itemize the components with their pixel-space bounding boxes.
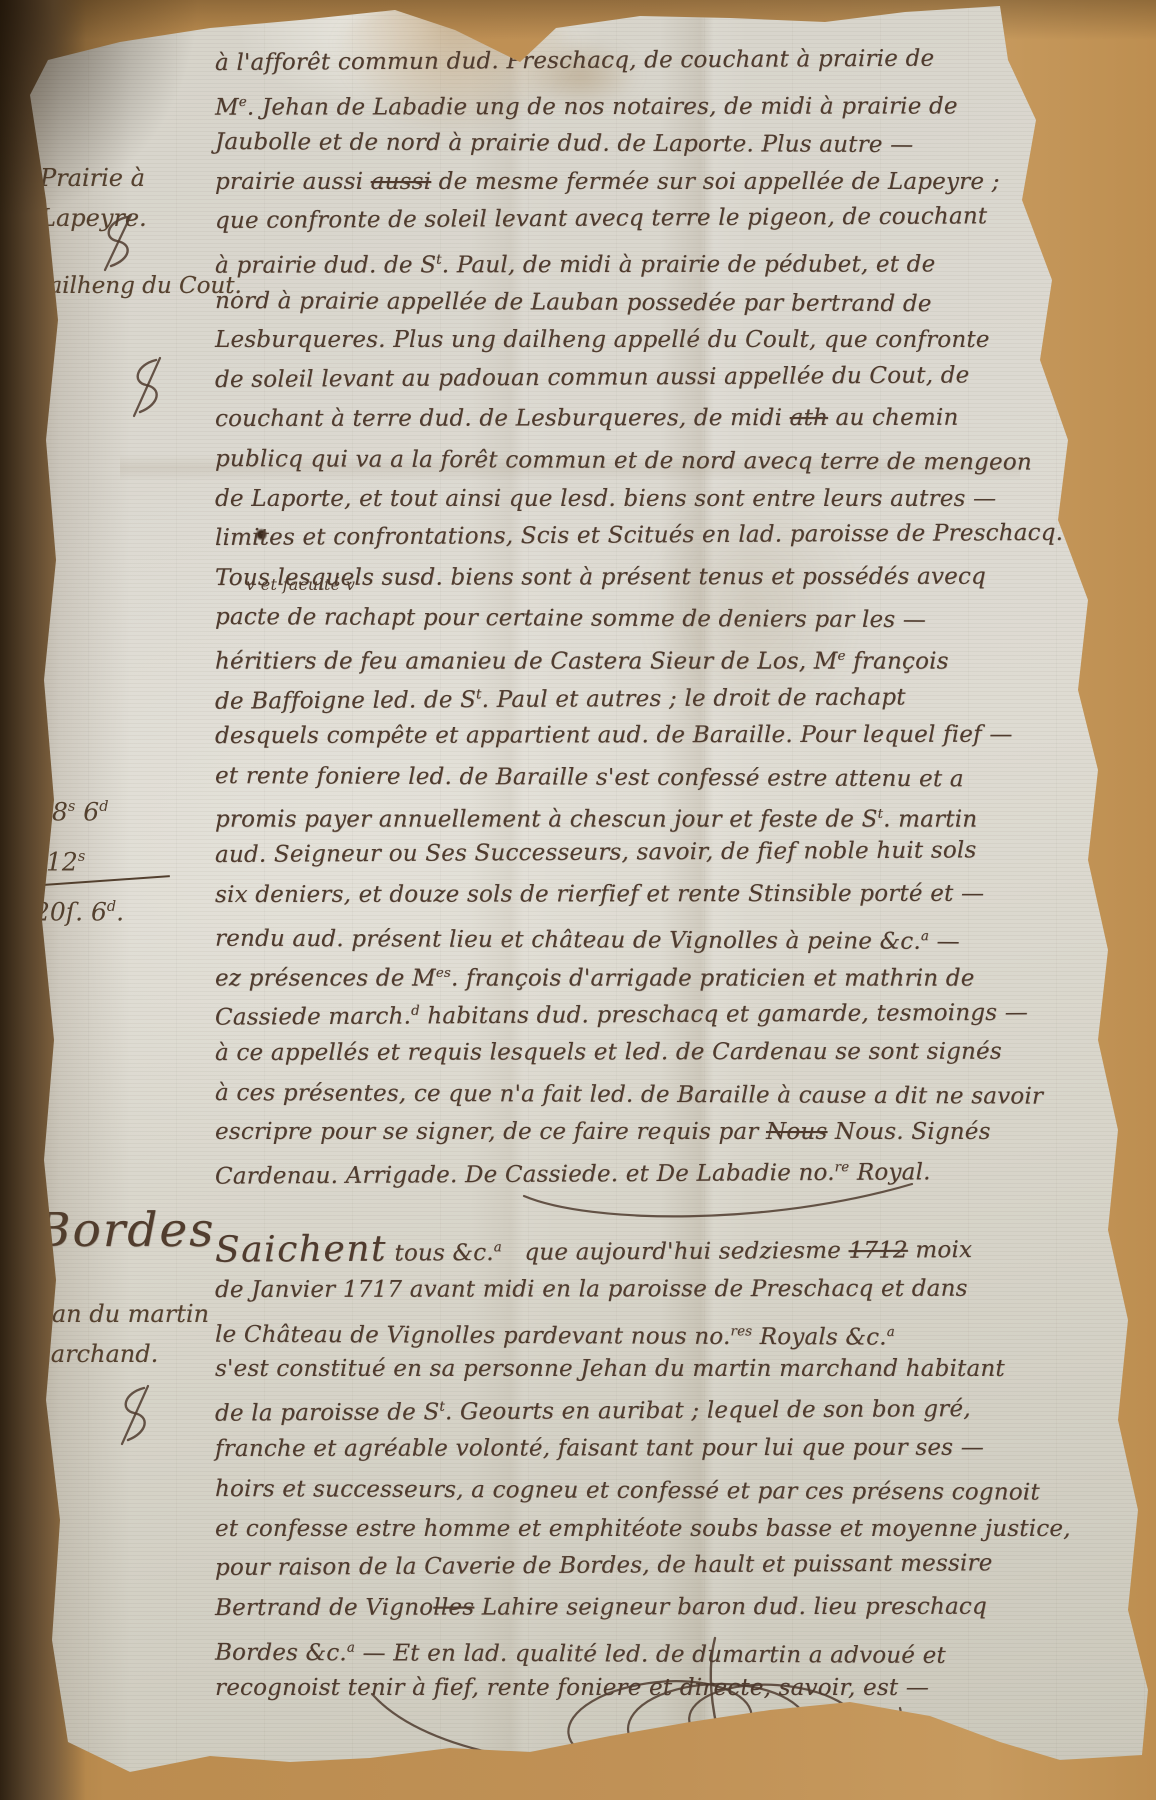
text-line: Cardenau. Arrigade. De Cassiede. et De L… — [215, 1152, 931, 1191]
handwriting-layer: Prairie à Lapeyre. Dailheng du Cout. 8s … — [0, 0, 1156, 1800]
paper-crease — [120, 455, 1020, 481]
text-line: Bordes &c.a — Et en lad. qualité led. de… — [215, 1633, 946, 1671]
sum-total: 20ſ. 6d. — [34, 892, 124, 927]
text-line: à l'afforêt commun dud. Preschacq, de co… — [215, 44, 934, 78]
text-line: de soleil levant au padouan commun aussi… — [215, 360, 970, 395]
text-line: à prairie dud. de St. Paul, de midi à pr… — [215, 245, 935, 281]
manuscript-page: Prairie à Lapeyre. Dailheng du Cout. 8s … — [0, 0, 1156, 1800]
text-line: le Château de Vignolles pardevant nous n… — [215, 1315, 895, 1353]
ink-blot — [256, 528, 267, 541]
signature-underline — [520, 1178, 920, 1230]
text-line: ez présences de Mes. françois d'arrigade… — [215, 959, 975, 994]
text-line: Tous lesquels susd. biens sont à présent… — [215, 561, 986, 592]
text-line: héritiers de feu amanieu de Castera Sieu… — [215, 642, 949, 677]
text-line: et confesse estre homme et emphitéote so… — [215, 1514, 1071, 1544]
paraph-icon — [124, 356, 170, 418]
paper-stain — [330, 0, 580, 140]
margin-heading-bordes: Bordes — [36, 1206, 215, 1256]
paraph-icon — [95, 214, 141, 272]
text-line: publicq qui va a la forêt commun et de n… — [215, 444, 1032, 478]
text-line: franche et agréable volonté, faisant tan… — [215, 1433, 984, 1464]
text-line: de Janvier 1717 avant midi en la paroiss… — [215, 1273, 968, 1304]
margin-note-line: Dailheng du Cout. — [30, 266, 242, 306]
text-line: six deniers, et douze sols de rierfief e… — [215, 878, 984, 909]
text-line: aud. Seigneur ou Ses Successeurs, savoir… — [215, 835, 977, 870]
text-line: Bertrand de Vignolles Lahire seigneur ba… — [215, 1592, 987, 1623]
text-line: Saichent tous &c.a que aujourd'hui sedzi… — [215, 1230, 972, 1269]
notary-flourish — [360, 1636, 920, 1786]
text-line: s'est constitué en sa personne Jehan du … — [215, 1354, 1005, 1384]
text-line: limites et confrontations, Scis et Scitu… — [215, 518, 1063, 553]
text-line: de la paroisse de St. Geourts en auribat… — [215, 1390, 971, 1429]
text-line: Me. Jehan de Labadie ung de nos notaires… — [215, 86, 958, 122]
margin-note-dailheng: Dailheng du Cout. — [30, 266, 242, 306]
paper-stain — [640, 480, 860, 740]
text-line: à ces présentes, ce que n'a fait led. de… — [215, 1078, 1043, 1112]
text-line: à ce appellés et requis lesquels et led.… — [215, 1037, 1002, 1068]
text-line: escripre pour se signer, de ce faire req… — [215, 1117, 991, 1147]
manuscript-photo: Prairie à Lapeyre. Dailheng du Cout. 8s … — [0, 0, 1156, 1800]
margin-note-line: Jean du martin — [28, 1294, 209, 1334]
margin-note-line: marchand. — [28, 1334, 209, 1374]
text-line: desquels compête et appartient aud. de B… — [215, 720, 1013, 751]
gutter-shadow — [0, 0, 200, 220]
text-line: recognoist tenir à fief, rente foniere e… — [215, 1673, 929, 1703]
text-line: couchant à terre dud. de Lesburqueres, d… — [215, 403, 959, 434]
paper-stain — [520, 40, 640, 110]
text-line: hoirs et successeurs, a cogneu et confes… — [215, 1474, 1040, 1508]
text-line: Jaubolle et de nord à prairie dud. de La… — [215, 127, 913, 160]
text-line: nord à prairie appellée de Lauban possed… — [215, 286, 932, 319]
text-line: pour raison de la Caverie de Bordes, de … — [215, 1549, 993, 1584]
text-line: Cassiede march.d habitans dud. preschacq… — [215, 993, 1028, 1033]
text-line: promis payer annuellement à chescun jour… — [215, 800, 977, 835]
interline-insertion: v et faculté v — [246, 576, 355, 594]
paper-fold — [470, 0, 560, 1760]
paper-fold — [660, 0, 750, 1760]
margin-note-jean: Jean du martin marchand. — [28, 1294, 209, 1374]
text-line: que confronte de soleil levant avecq ter… — [215, 202, 987, 237]
text-line: pacte de rachapt pour certaine somme de … — [215, 602, 926, 635]
paraph-icon — [112, 1384, 158, 1446]
sum-rule — [30, 875, 170, 887]
text-line: de Laporte, et tout ainsi que lesd. bien… — [215, 484, 996, 514]
text-line: rendu aud. présent lieu et château de Vi… — [215, 919, 960, 957]
text-line: prairie aussi aussi de mesme fermée sur … — [215, 167, 1000, 197]
text-line: de Baffoigne led. de St. Paul et autres … — [215, 677, 906, 716]
sum-row: 12s — [46, 842, 85, 877]
text-line: Lesburqueres. Plus ung dailheng appellé … — [215, 325, 990, 355]
text-line: et rente foniere led. de Baraille s'est … — [215, 761, 964, 794]
sum-row: 8s 6d — [52, 792, 109, 827]
